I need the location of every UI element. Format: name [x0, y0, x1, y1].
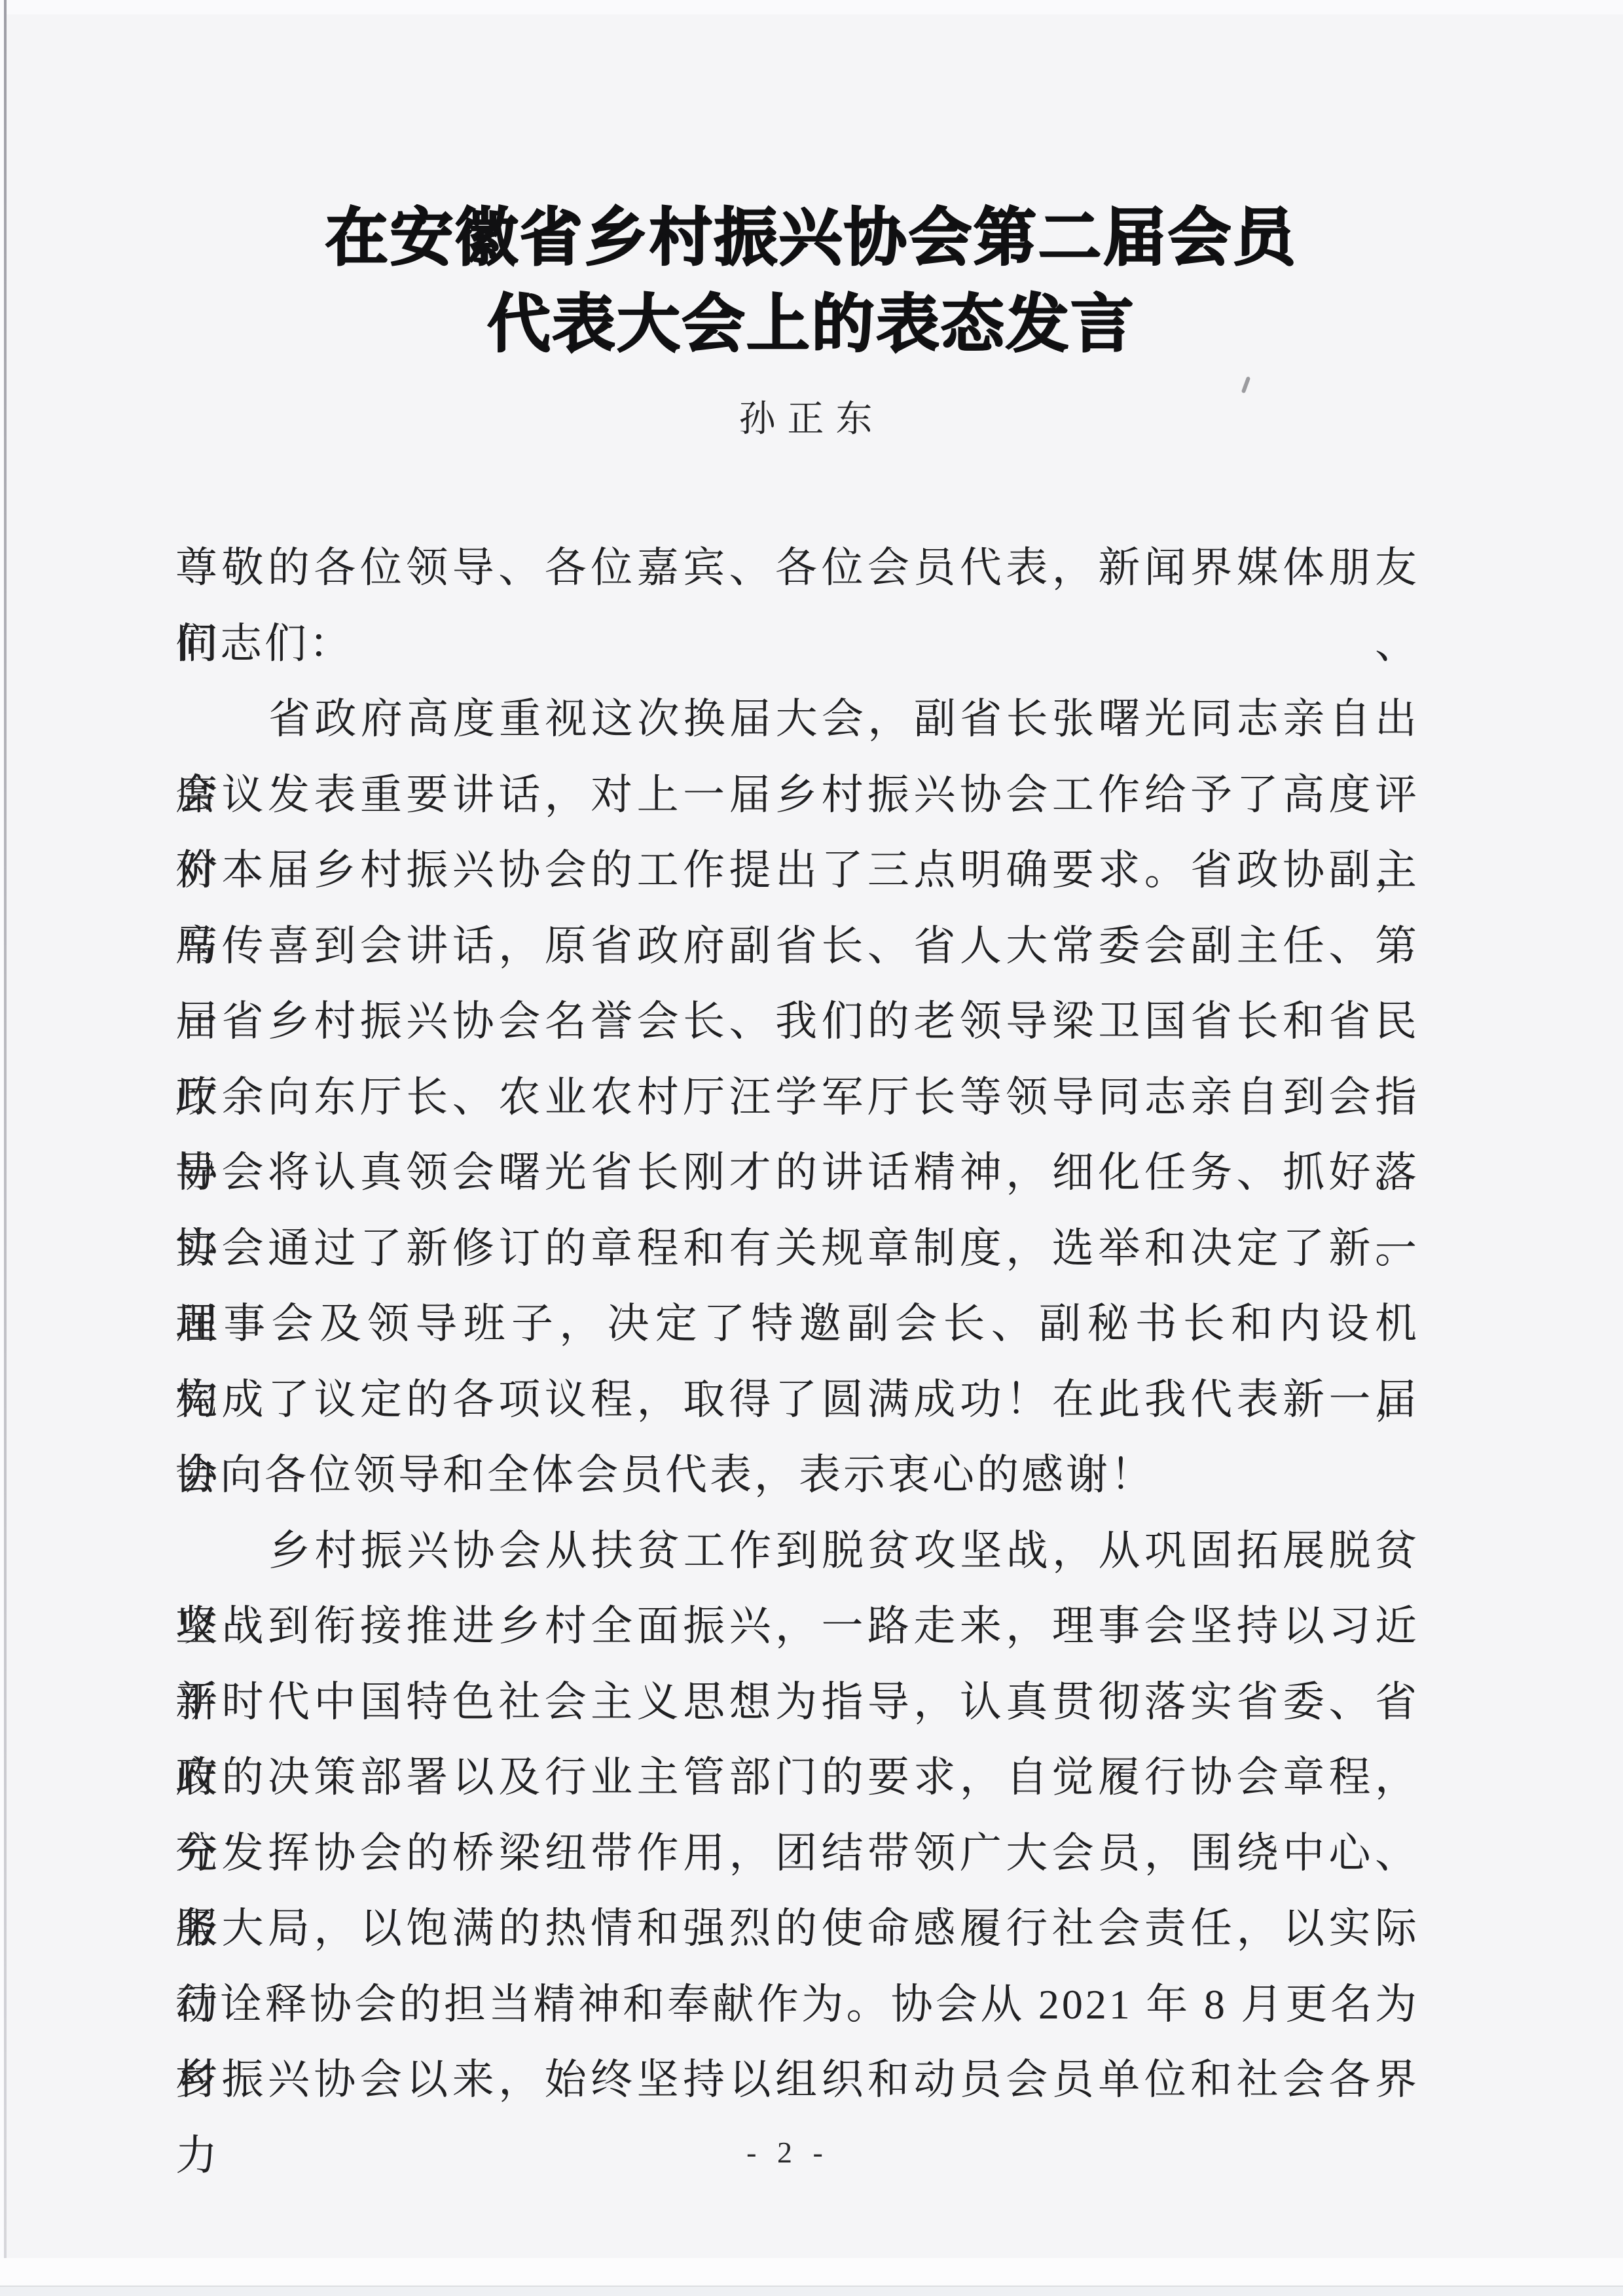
scanned-document-page: 在安徽省乡村振兴协会第二届会员 代表大会上的表态发言 孙正东 尊敬的各位领导、各… — [0, 0, 1623, 2296]
body-line: 协会将认真领会曙光省长刚才的讲话精神，细化任务、抓好落实。 — [175, 1135, 1419, 1211]
body-line: 届省乡村振兴协会名誉会长、我们的老领导梁卫国省长和省民政 — [175, 984, 1419, 1060]
page-number: - 2 - — [0, 2135, 1599, 2170]
body-line: 府的决策部署以及行业主管部门的要求，自觉履行协会章程，充 — [175, 1740, 1419, 1816]
body-line: 会议发表重要讲话，对上一届乡村振兴协会工作给予了高度评价， — [175, 757, 1419, 833]
body-line: 村振兴协会以来，始终坚持以组织和动员会员单位和社会各界力 — [175, 2042, 1419, 2118]
author-name: 孙正东 — [0, 390, 1623, 442]
document-body: 尊敬的各位领导、各位嘉宾、各位会员代表，新闻界媒体朋友们、 同志们： 省政府高度… — [175, 530, 1419, 2118]
body-line: 协会通过了新修订的章程和有关规章制度，选举和决定了新一届 — [175, 1211, 1419, 1287]
body-line: 乡村振兴协会从扶贫工作到脱贫攻坚战，从巩固拓展脱贫攻 — [175, 1513, 1419, 1589]
document-title-line-1: 在安徽省乡村振兴协会第二届会员 — [0, 195, 1623, 281]
body-line: 马传喜到会讲话，原省政府副省长、省人大常委会副主任、第一 — [175, 908, 1419, 984]
body-line: 厅余向东厅长、农业农村厅汪学军厅长等领导同志亲自到会指导。 — [175, 1060, 1419, 1136]
body-line: 新时代中国特色社会主义思想为指导，认真贯彻落实省委、省政 — [175, 1664, 1419, 1740]
body-line: 完成了议定的各项议程，取得了圆满成功！在此我代表新一届协 — [175, 1362, 1419, 1438]
body-line: 理事会及领导班子，决定了特邀副会长、副秘书长和内设机构， — [175, 1286, 1419, 1362]
body-line: 坚战到衔接推进乡村全面振兴，一路走来，理事会坚持以习近平 — [175, 1588, 1419, 1664]
body-line: 省政府高度重视这次换届大会，副省长张曙光同志亲自出席 — [175, 681, 1419, 757]
body-line: 动诠释协会的担当精神和奉献作为。协会从 2021 年 8 月更名为乡 — [175, 1967, 1419, 2043]
body-line: 务大局，以饱满的热情和强烈的使命感履行社会责任，以实际行 — [175, 1891, 1419, 1967]
body-line: 尊敬的各位领导、各位嘉宾、各位会员代表，新闻界媒体朋友们、 — [175, 530, 1419, 606]
body-line: 会向各位领导和全体会员代表，表示衷心的感谢！ — [175, 1437, 1419, 1513]
document-title-line-2: 代表大会上的表态发言 — [0, 281, 1623, 368]
body-line: 对本届乡村振兴协会的工作提出了三点明确要求。省政协副主席 — [175, 833, 1419, 908]
scan-top-edge — [0, 0, 1623, 14]
body-line: 分发挥协会的桥梁纽带作用，团结带领广大会员，围绕中心、服 — [175, 1816, 1419, 1892]
document-title: 在安徽省乡村振兴协会第二届会员 代表大会上的表态发言 — [0, 195, 1623, 368]
scan-bottom-white-band — [0, 2258, 1623, 2286]
scan-bottom-gray-band — [0, 2286, 1623, 2296]
